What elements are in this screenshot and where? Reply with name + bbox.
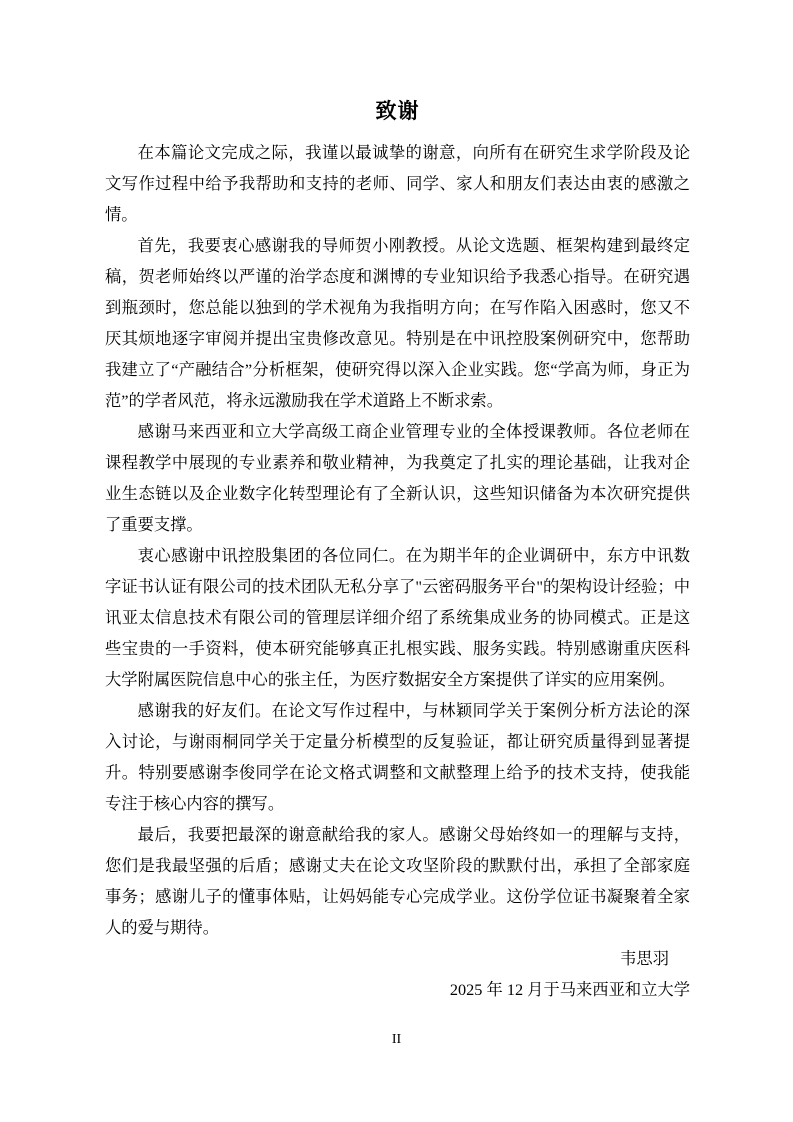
- page-content: 致谢 在本篇论文完成之际，我谨以最诚挚的谢意，向所有在研究生求学阶段及论文写作过…: [105, 94, 690, 1005]
- paragraph-6: 最后，我要把最深的谢意献给我的家人。感谢父母始终如一的理解与支持，您们是我最坚强…: [105, 819, 690, 943]
- page-title: 致谢: [105, 94, 690, 128]
- paragraph-4: 衷心感谢中讯控股集团的各位同仁。在为期半年的企业调研中，东方中讯数字证书认证有限…: [105, 540, 690, 695]
- acknowledgement-body: 在本篇论文完成之际，我谨以最诚挚的谢意，向所有在研究生求学阶段及论文写作过程中给…: [105, 137, 690, 943]
- author-signature: 韦思羽: [105, 943, 669, 974]
- page-number: II: [0, 1032, 793, 1048]
- paragraph-1: 在本篇论文完成之际，我谨以最诚挚的谢意，向所有在研究生求学阶段及论文写作过程中给…: [105, 137, 690, 230]
- dateline: 2025 年 12 月于马来西亚和立大学: [105, 974, 690, 1005]
- paragraph-3: 感谢马来西亚和立大学高级工商企业管理专业的全体授课教师。各位老师在课程教学中展现…: [105, 416, 690, 540]
- paragraph-2: 首先，我要衷心感谢我的导师贺小刚教授。从论文选题、框架构建到最终定稿，贺老师始终…: [105, 230, 690, 416]
- document-page: 致谢 在本篇论文完成之际，我谨以最诚挚的谢意，向所有在研究生求学阶段及论文写作过…: [0, 0, 793, 1122]
- paragraph-5: 感谢我的好友们。在论文写作过程中，与林颖同学关于案例分析方法论的深入讨论，与谢雨…: [105, 695, 690, 819]
